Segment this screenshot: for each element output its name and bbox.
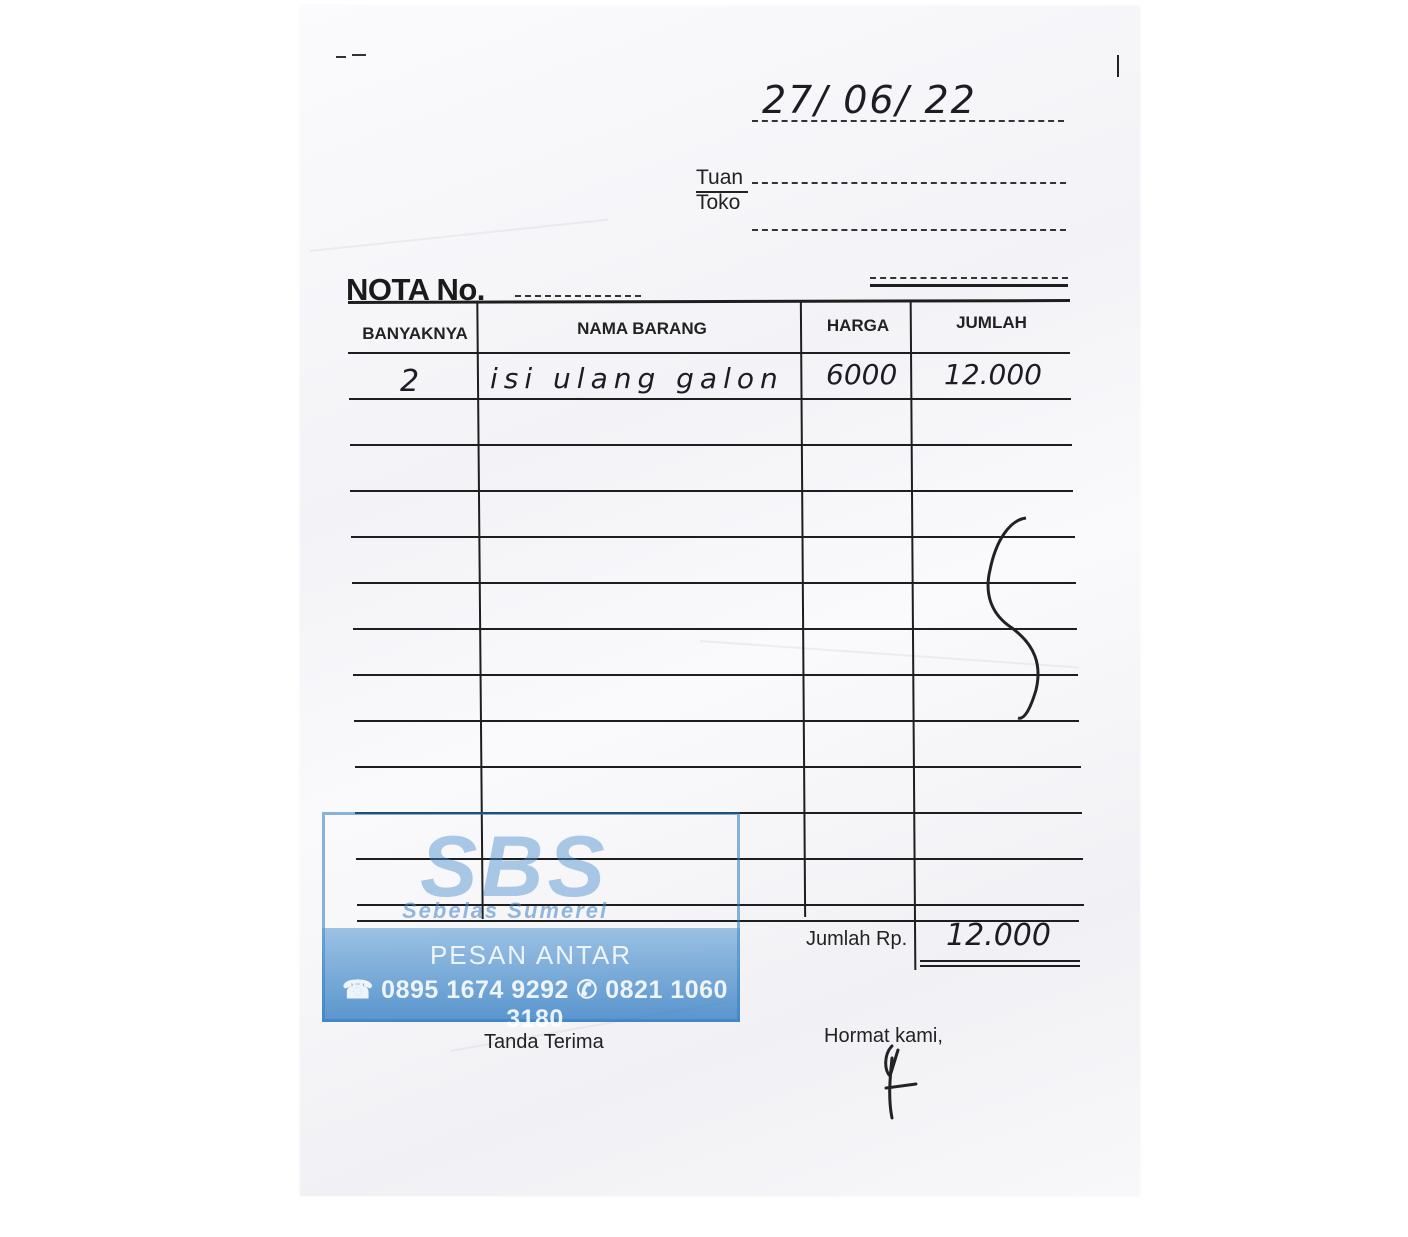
strike-mark-icon <box>900 500 1090 740</box>
date-handwritten: 27/ 06/ 22 <box>762 78 977 122</box>
total-value: 12.000 <box>946 918 1051 953</box>
tuan-label: Tuan <box>696 166 743 190</box>
stamp-subtitle: Sebelas Sumerel <box>402 898 608 924</box>
receiver-label: Tanda Terima <box>484 1031 604 1054</box>
row-price: 6000 <box>826 358 897 391</box>
stamp-phones: ☎ 0895 1674 9292 ✆ 0821 1060 3180 <box>330 975 740 1034</box>
row-item-name: isi ulang galon <box>490 362 784 395</box>
signature-icon <box>870 1038 930 1128</box>
top-right-field[interactable] <box>870 277 1068 279</box>
header-banyaknya: BANYAKNYA <box>350 324 480 344</box>
row-line <box>350 444 1073 446</box>
table-top-border-right <box>870 284 1068 287</box>
customer-name-field[interactable] <box>752 182 1066 184</box>
total-label: Jumlah Rp. <box>806 928 907 951</box>
header-nama-barang: NAMA BARANG <box>482 319 802 339</box>
total-underline-2 <box>920 965 1080 967</box>
row-line <box>355 766 1081 768</box>
tuan-text: Tuan <box>696 166 743 189</box>
stamp-band-title: PESAN ANTAR <box>322 940 740 971</box>
date-line <box>752 120 1064 122</box>
table-header-border <box>348 352 1070 354</box>
toko-label: Toko <box>696 191 740 215</box>
nota-number-field[interactable] <box>515 295 641 297</box>
row-amount: 12.000 <box>944 358 1042 391</box>
header-jumlah: JUMLAH <box>913 313 1070 333</box>
row-line <box>349 398 1071 400</box>
scan-mark <box>336 56 346 58</box>
header-harga: HARGA <box>803 316 913 336</box>
scan-mark <box>352 54 366 56</box>
total-underline-1 <box>920 960 1080 962</box>
scan-mark <box>1117 55 1119 77</box>
row-line <box>350 490 1073 492</box>
row-quantity: 2 <box>400 364 419 399</box>
customer-address-field[interactable] <box>752 229 1066 231</box>
